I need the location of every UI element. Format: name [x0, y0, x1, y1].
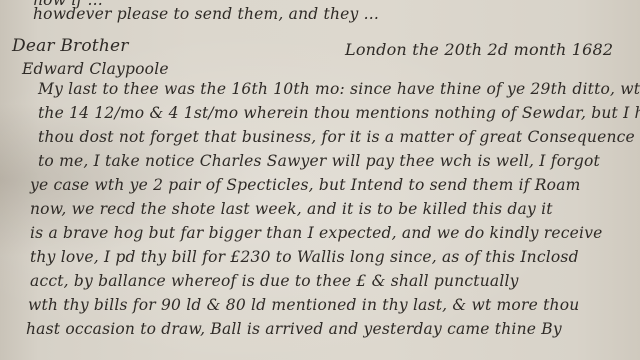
place-date: London the 20th 2d month 1682 — [345, 40, 613, 59]
body-line: the 14 12/mo & 4 1st/mo wherein thou men… — [38, 104, 640, 122]
body-line: is a brave hog but far bigger than I exp… — [30, 224, 603, 242]
body-line: thy love, I pd thy bill for £230 to Wall… — [30, 248, 579, 266]
body-line: My last to thee was the 16th 10th mo: si… — [38, 80, 640, 98]
salutation: Dear Brother — [12, 36, 129, 56]
body-line: hast occasion to draw, Ball is arrived a… — [26, 320, 562, 338]
body-line: thou dost not forget that business, for … — [38, 128, 635, 146]
body-line: wth thy bills for 90 ld & 80 ld mentione… — [28, 296, 579, 314]
body-line: now, we recd the shote last week, and it… — [30, 200, 553, 218]
body-line: acct, by ballance whereof is due to thee… — [30, 272, 519, 290]
addressee: Edward Claypoole — [22, 60, 169, 78]
body-line: to me, I take notice Charles Sawyer will… — [38, 152, 600, 170]
top-fragment-line-2: howdever please to send them, and they .… — [33, 5, 379, 23]
body-line: ye case wth ye 2 pair of Specticles, but… — [30, 176, 581, 194]
